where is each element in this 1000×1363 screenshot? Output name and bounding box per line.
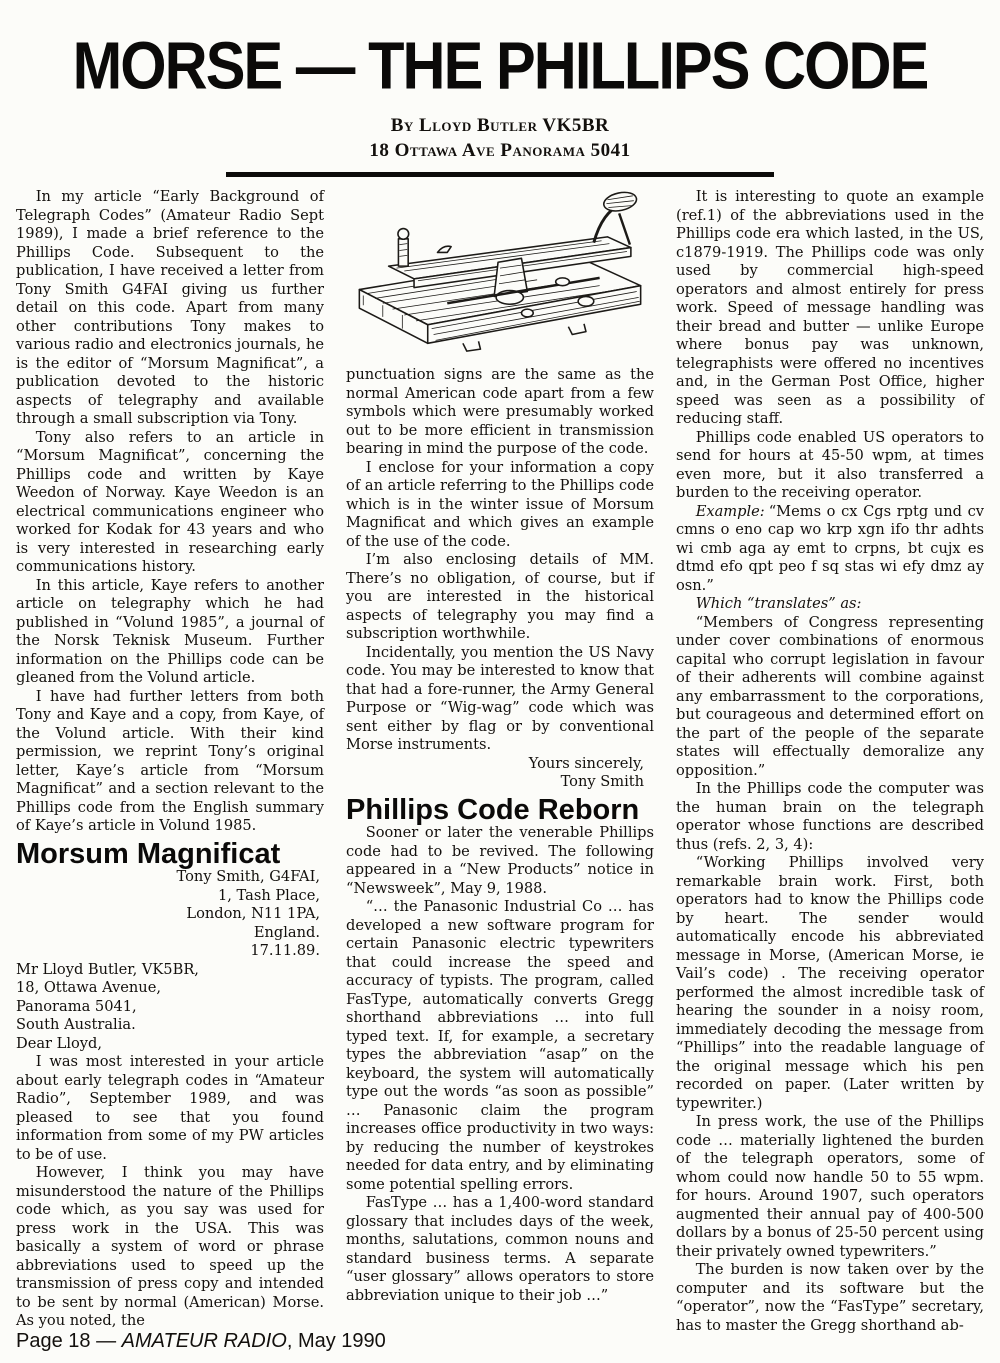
signoff-name: Tony Smith <box>346 773 654 792</box>
paragraph: “… the Panasonic Industrial Co … has dev… <box>346 898 654 1194</box>
paragraph: I enclose for your information a copy of… <box>346 459 654 552</box>
paragraph: “Working Phillips involved very remarkab… <box>676 854 984 1113</box>
byline-author: By Lloyd Butler VK5BR <box>0 113 1000 138</box>
column-middle: punctuation signs are the same as the no… <box>346 188 654 1335</box>
paragraph: punctuation signs are the same as the no… <box>346 366 654 459</box>
paragraph-example: Example:“Mems o cx Cgs rptg und cv cmns … <box>676 503 984 596</box>
address-line: England. <box>16 924 324 943</box>
paragraph: Phillips code enabled US operators to se… <box>676 429 984 503</box>
address-line: 18, Ottawa Avenue, <box>16 979 324 998</box>
article-columns: In my article “Early Background of Teleg… <box>0 177 1000 1335</box>
section-heading-morsum-magnificat: Morsum Magnificat <box>16 845 324 864</box>
signoff-line: Yours sincerely, <box>346 755 654 774</box>
address-line: 1, Tash Place, <box>16 887 324 906</box>
paragraph: In this article, Kaye refers to another … <box>16 577 324 688</box>
paragraph: I’m also enclosing details of MM. There’… <box>346 551 654 644</box>
article-header: MORSE — THE PHILLIPS CODE By Lloyd Butle… <box>0 0 1000 177</box>
address-line: Mr Lloyd Butler, VK5BR, <box>16 961 324 980</box>
page-footer: Page 18 — AMATEUR RADIO, May 1990 <box>16 1330 386 1353</box>
paragraph: Incidentally, you mention the US Navy co… <box>346 644 654 755</box>
example-label: Example: <box>696 503 765 520</box>
column-left: In my article “Early Background of Teleg… <box>16 188 324 1335</box>
letter-date: 17.11.89. <box>16 942 324 961</box>
paragraph: In the Phillips code the computer was th… <box>676 780 984 854</box>
letter-recipient-address: Mr Lloyd Butler, VK5BR, 18, Ottawa Avenu… <box>16 961 324 1054</box>
footer-issue-date: , May 1990 <box>287 1330 386 1352</box>
magazine-page: MORSE — THE PHILLIPS CODE By Lloyd Butle… <box>0 0 1000 1363</box>
paragraph: FasType … has a 1,400-word standard glos… <box>346 1194 654 1305</box>
column-right: It is interesting to quote an example (r… <box>676 188 984 1335</box>
section-heading-phillips-code-reborn: Phillips Code Reborn <box>346 801 654 820</box>
paragraph: “Members of Congress representing under … <box>676 614 984 781</box>
footer-magazine-name: AMATEUR RADIO <box>122 1330 287 1352</box>
letter-sender-address: Tony Smith, G4FAI, 1, Tash Place, London… <box>16 868 324 961</box>
paragraph: It is interesting to quote an example (r… <box>676 188 984 429</box>
article-title: MORSE — THE PHILLIPS CODE <box>20 28 980 105</box>
translates-label: Which “translates” as: <box>676 595 984 614</box>
letter-salutation: Dear Lloyd, <box>16 1035 324 1054</box>
paragraph: Sooner or later the venerable Phillips c… <box>346 824 654 898</box>
address-line: Panorama 5041, <box>16 998 324 1017</box>
paragraph: In press work, the use of the Phillips c… <box>676 1113 984 1261</box>
address-line: Tony Smith, G4FAI, <box>16 868 324 887</box>
paragraph: Tony also refers to an article in “Morsu… <box>16 429 324 577</box>
telegraph-key-illustration <box>346 188 654 356</box>
paragraph: I was most interested in your article ab… <box>16 1053 324 1164</box>
paragraph: The burden is now taken over by the comp… <box>676 1261 984 1335</box>
letter-signoff: Yours sincerely, Tony Smith <box>346 755 654 792</box>
paragraph: However, I think you may have misunderst… <box>16 1164 324 1331</box>
address-line: South Australia. <box>16 1016 324 1035</box>
footer-page-number: Page 18 — <box>16 1330 122 1352</box>
byline-address: 18 Ottawa Ave Panorama 5041 <box>0 138 1000 163</box>
paragraph: In my article “Early Background of Teleg… <box>16 188 324 429</box>
address-line: London, N11 1PA, <box>16 905 324 924</box>
paragraph: I have had further letters from both Ton… <box>16 688 324 836</box>
